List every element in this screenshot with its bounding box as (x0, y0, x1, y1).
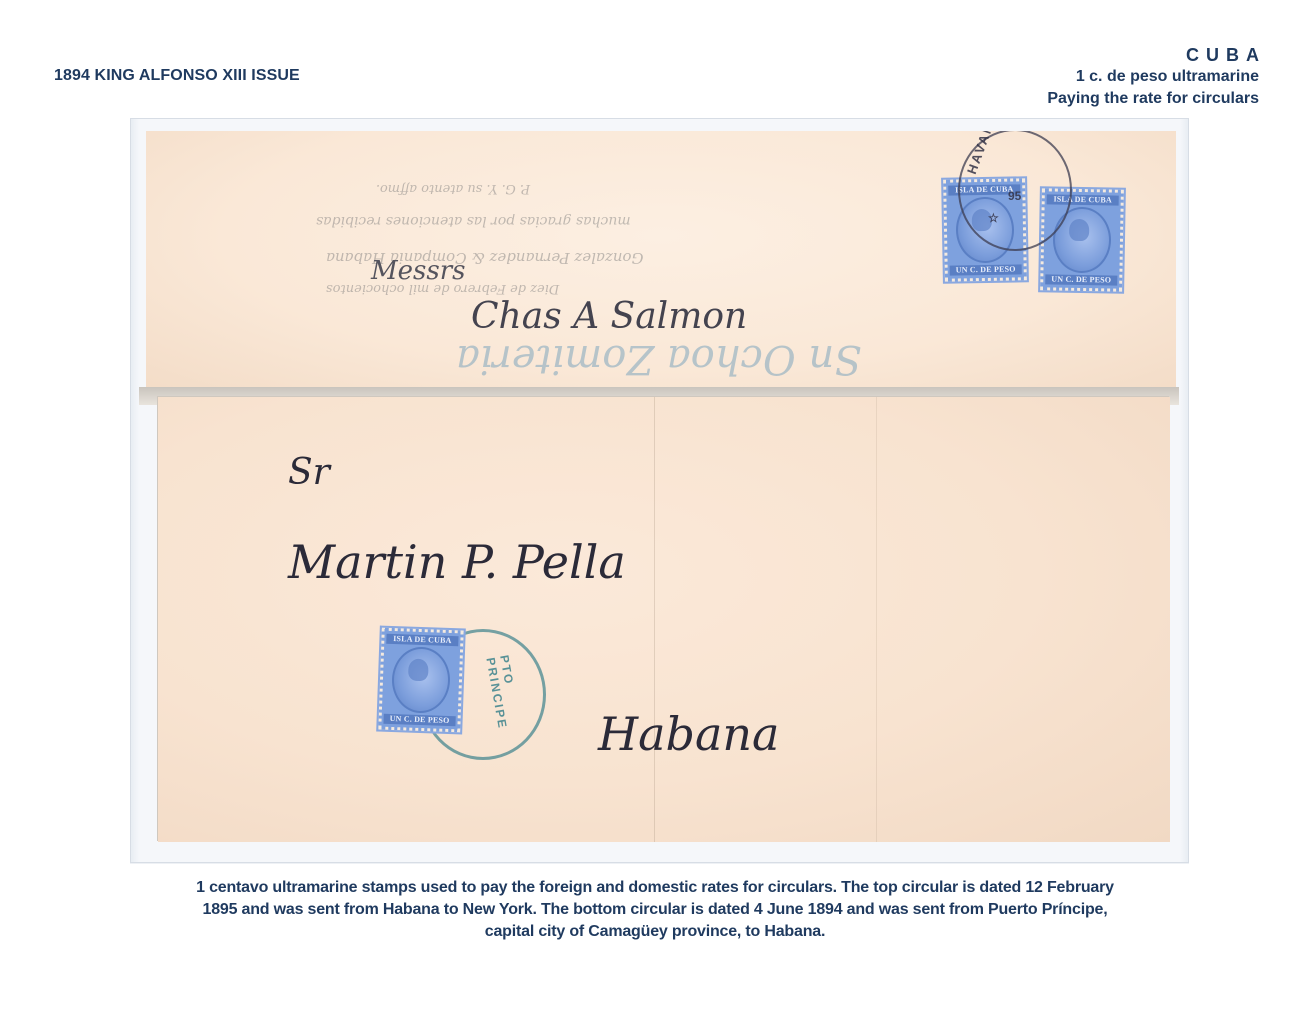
postmark-town: PTO PRINCIPE (483, 654, 523, 730)
offset-printing-text: P. G. Y. su atento affmo. (376, 181, 530, 196)
issue-title: 1894 KING ALFONSO XIII ISSUE (54, 67, 300, 85)
top-circular-cover: P. G. Y. su atento affmo. muchas gracias… (146, 131, 1176, 393)
country-title: CUBA (1047, 44, 1266, 66)
addressee-name: Martin P. Pella (288, 535, 626, 589)
stamp-top-label: ISLA DE CUBA (386, 634, 458, 647)
caption-line: 1895 and was sent from Habana to New Yor… (40, 899, 1270, 921)
exhibit-caption: 1 centavo ultramarine stamps used to pay… (40, 877, 1270, 943)
stamp-description: 1 c. de peso ultramarine (1047, 66, 1259, 88)
fold-line (654, 397, 655, 842)
stamp-value-label: UN C. DE PESO (383, 714, 455, 727)
king-alfonso-portrait-icon (391, 646, 451, 714)
star-icon: ☆ (988, 211, 999, 225)
salutation: Sr (288, 452, 330, 493)
page-subject: Paying the rate for circulars (1047, 88, 1259, 110)
caption-line: 1 centavo ultramarine stamps used to pay… (40, 877, 1270, 899)
bottom-circular-cover: Sr Martin P. Pella Habana PTO PRINCIPE I… (158, 397, 1170, 842)
stamp-value-label: UN C. DE PESO (950, 264, 1022, 275)
cover-mount: P. G. Y. su atento affmo. muchas gracias… (130, 118, 1189, 863)
addressee-prefix: Messrs (371, 256, 465, 286)
page-header-right: CUBA 1 c. de peso ultramarine Paying the… (1047, 44, 1259, 110)
addressee-name: Chas A Salmon (471, 296, 747, 337)
postmark-town: HAVANA (964, 131, 1001, 176)
offset-printing-line: muchas gracias por las atenciones recibi… (316, 213, 631, 229)
destination-city: Habana (598, 707, 779, 761)
stamp-value-label: UN C. DE PESO (1045, 274, 1117, 285)
postmark-date: 95 (1008, 189, 1021, 203)
fold-line (876, 397, 877, 842)
offset-signature: Sn Ochoa Zomiteria (456, 336, 862, 382)
caption-line: capital city of Camagüey province, to Ha… (40, 921, 1270, 943)
stamp-1c-ultramarine: ISLA DE CUBA UN C. DE PESO (378, 628, 464, 733)
havana-postmark: HAVANA 95 ☆ (958, 131, 1072, 251)
